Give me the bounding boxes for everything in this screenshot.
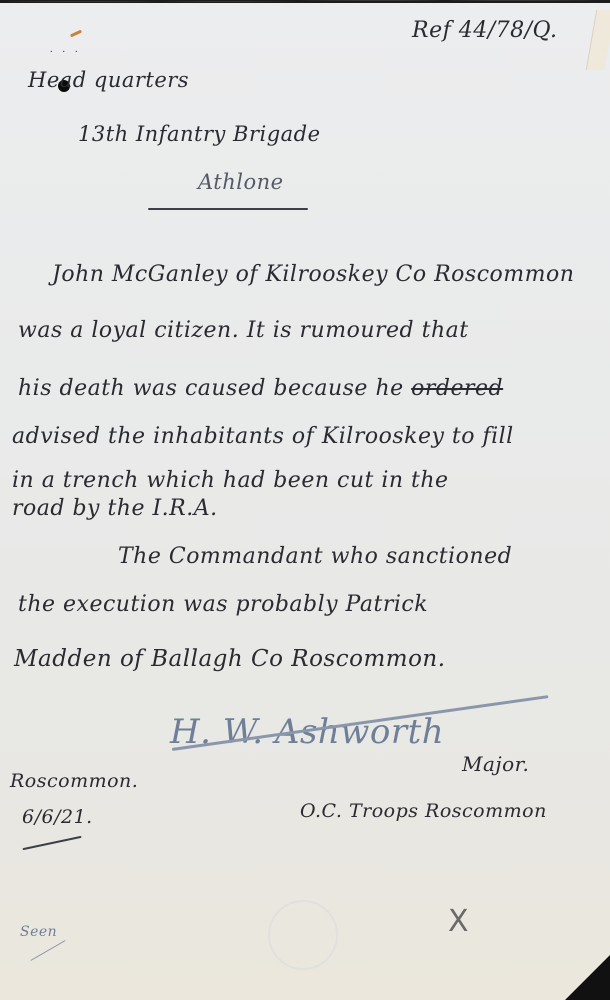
place: Roscommon.	[10, 770, 138, 792]
embossed-seal	[268, 900, 338, 970]
body-line-2: was a loyal citizen. It is rumoured that	[18, 318, 469, 343]
body-line-5: in a trench which had been cut in the	[12, 468, 449, 493]
pin-holes: ...	[50, 44, 88, 55]
reference-number: Ref 44/78/Q.	[412, 18, 557, 43]
body-line-3: his death was caused because he ordered	[18, 376, 503, 401]
header-line-3: Athlone	[198, 170, 284, 194]
cross-mark: X	[448, 904, 469, 939]
body-line-1: John McGanley of Kilrooskey Co Roscommon	[52, 262, 574, 287]
header-underline	[148, 208, 308, 210]
date-underline	[22, 836, 81, 850]
body-line-3-text: his death was caused because he	[18, 376, 404, 401]
header-line-1: Head quarters	[28, 68, 189, 92]
header-line-2: 13th Infantry Brigade	[78, 122, 321, 146]
body-line-7: The Commandant who sanctioned	[118, 544, 512, 569]
struck-word: ordered	[411, 376, 503, 401]
seen-underline	[30, 940, 65, 961]
scan-border-top	[0, 0, 610, 3]
folded-corner	[586, 10, 610, 70]
rust-mark	[70, 30, 82, 38]
body-line-6: road by the I.R.A.	[12, 496, 218, 521]
signature-rank: Major.	[462, 752, 529, 776]
letter-page: ... Ref 44/78/Q. Head quarters 13th Infa…	[0, 0, 610, 1000]
body-line-9: Madden of Ballagh Co Roscommon.	[14, 646, 446, 672]
date: 6/6/21.	[22, 806, 93, 828]
seen-annotation: Seen	[20, 924, 57, 940]
body-line-8: the execution was probably Patrick	[18, 592, 428, 617]
signature-title: O.C. Troops Roscommon	[300, 800, 547, 822]
body-line-4: advised the inhabitants of Kilrooskey to…	[12, 424, 514, 449]
